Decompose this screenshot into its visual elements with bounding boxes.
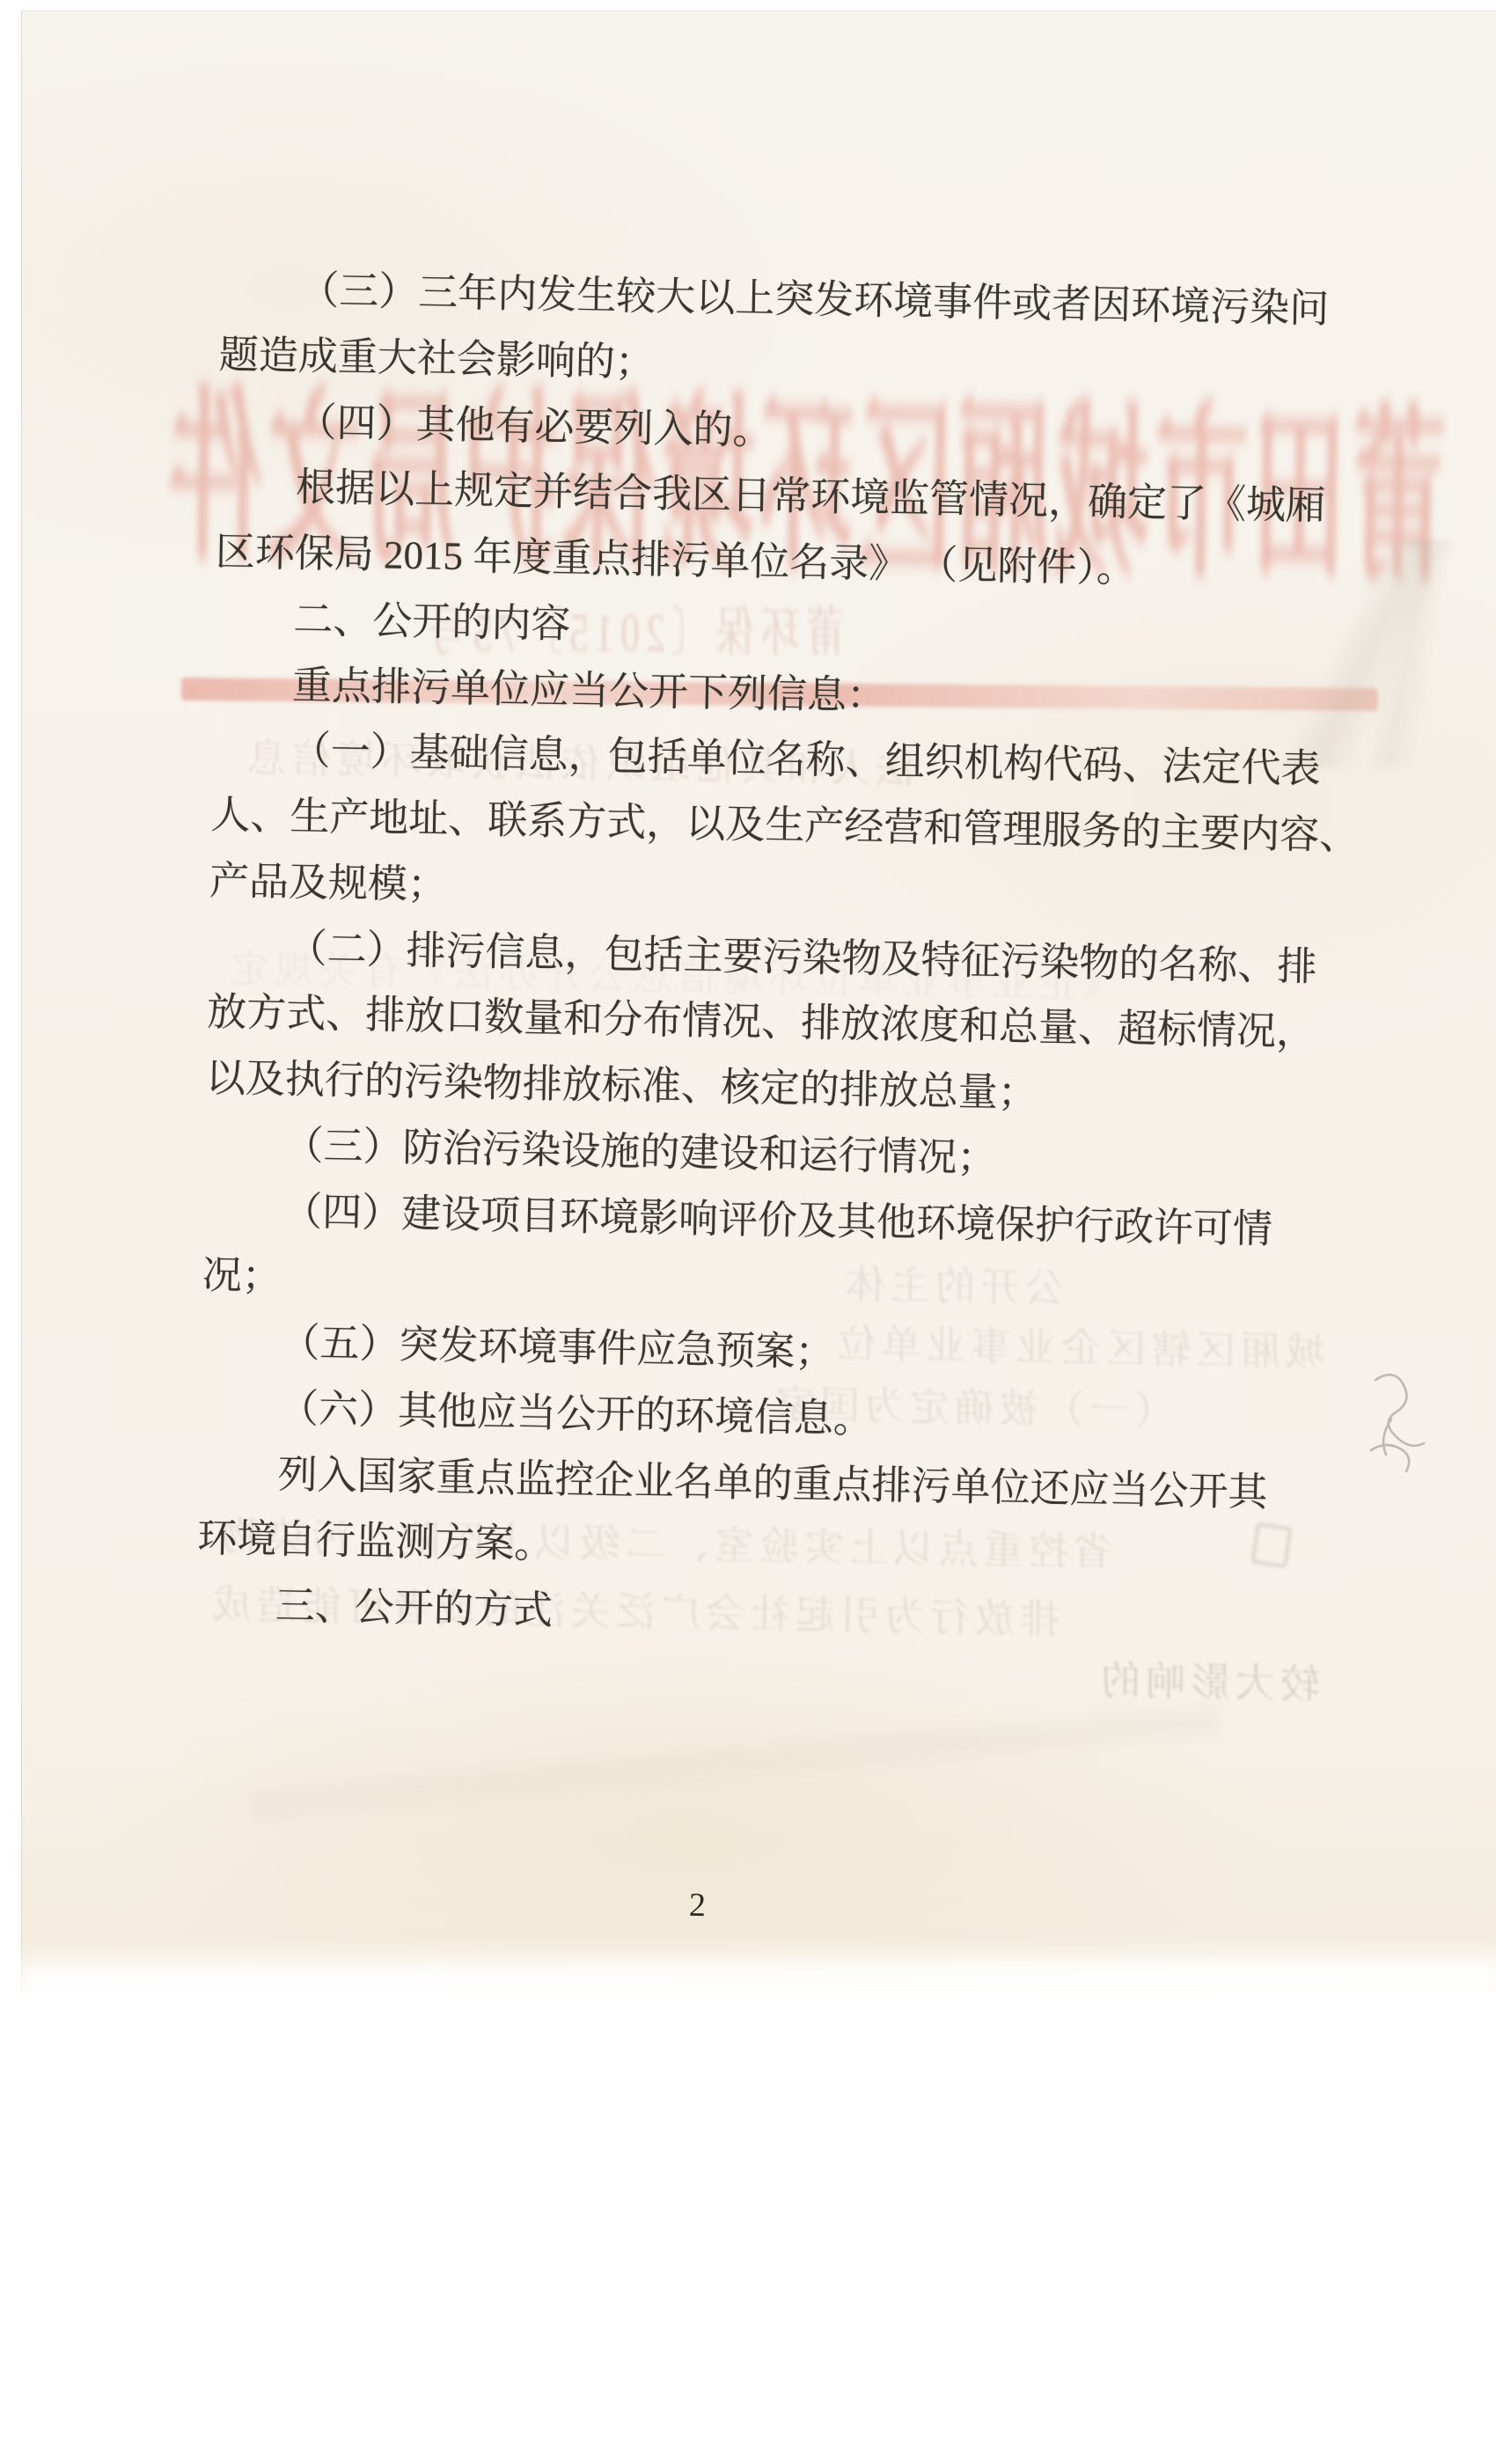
page-number: 2 (689, 1886, 707, 1925)
paper-crease (251, 1666, 1219, 1859)
document-text: （三）三年内发生较大以上突发环境事件或者因环境污染问 题造成重大社会影响的； （… (195, 256, 1338, 1658)
pencil-scribble (1349, 1367, 1437, 1490)
paper-bottom-edge (13, 1956, 1496, 2010)
paper-sheet: 莆田市城厢区环境保护局文件 莆环保〔2015〕75号 法人和其他组织依法获取环境… (21, 11, 1496, 1991)
